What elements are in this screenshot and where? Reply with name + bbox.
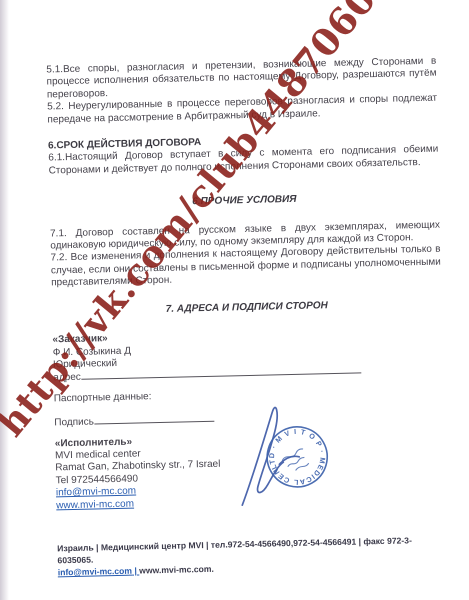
addresses-signatures-heading: 7. АДРЕСА И ПОДПИСИ СТОРОН [52,297,442,318]
contractor-email-link[interactable]: info@mvi-mc.com [56,486,136,499]
clause-7-2: 7.2. Все изменения и дополнения к настоя… [50,244,441,290]
scanned-contract-page: { "watermark": { "text": "http://vk.com/… [0,0,469,600]
company-round-stamp: LTD · M V I T O P · MEDICAL CENTER [257,415,337,499]
signature-blank-line [94,413,214,425]
scan-edge-shadow [0,0,9,600]
signature-label: Подпись [54,417,94,429]
stamp-inner-text-squiggles [281,448,310,475]
contract-body: 5.1.Все споры, разногласия и претензии, … [46,56,448,579]
page-footer: Израиль | Медицинский центр MVI | тел.97… [57,533,448,578]
footer-website: www.mvi-mc.com. [139,564,214,576]
footer-email-link[interactable]: info@mvi-mc.com [58,566,132,578]
other-conditions-heading: 6.ПРОЧИЕ УСЛОВИЯ [49,191,439,212]
address-label: адрес [53,372,81,384]
contractor-website-link[interactable]: www.mvi-mc.com [56,498,134,511]
